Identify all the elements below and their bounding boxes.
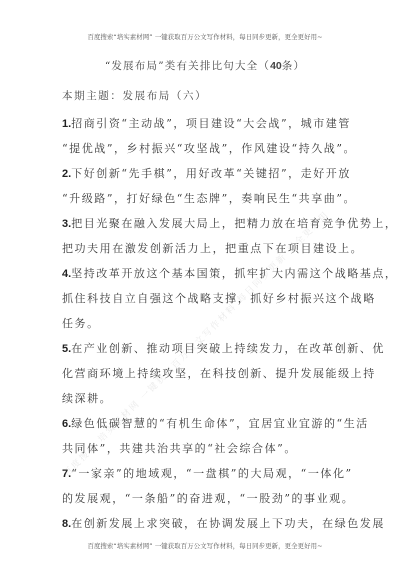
- issue-subtitle: 本期主题：发展布局（六）: [62, 88, 207, 103]
- text-line: 2.下好创新“先手棋”，用好改革“关键招”，走好开放: [62, 161, 362, 186]
- item-number: 3.: [62, 218, 71, 230]
- text-line: “升级路”，打好绿色“生态牌”，奏响民生“共享曲”。: [62, 186, 362, 211]
- line-text: 把功夫用在激发创新活力上，把重点下在项目建设上。: [62, 242, 363, 255]
- line-text: 共同体”，共建共治共享的“社会综合体”。: [62, 442, 297, 455]
- footer-note: 百度搜索“培实素材网” 一键获取百万公文写作材料，每日同步更新，更全更好用~: [0, 541, 410, 550]
- text-line: 3.把目光聚在融入发展大局上，把精力放在培育竞争优势上，: [62, 211, 362, 236]
- text-line: 续深耕。: [62, 386, 362, 411]
- text-line: 8.在创新发展上求突破，在协调发展上下功夫，在绿色发展: [62, 511, 362, 536]
- line-text: “一家亲”的地域观，“一盘棋”的大局观，“一体化”: [71, 467, 353, 480]
- line-text: 下好创新“先手棋”，用好改革“关键招”，走好开放: [71, 167, 351, 180]
- text-line: 6.绿色低碳智慧的“有机生命体”，宜居宜业宜游的“生活: [62, 411, 362, 436]
- item-number: 4.: [62, 268, 71, 280]
- text-line: 5.在产业创新、推动项目突破上持续发力，在改革创新、优: [62, 336, 362, 361]
- header-note: 百度搜索“培实素材网” 一键获取百万公文写作材料，每日同步更新，更全更好用~: [0, 32, 410, 41]
- item-number: 8.: [62, 518, 71, 530]
- line-text: 抓住科技自立自强这个战略支撑，抓好乡村振兴这个战略: [62, 292, 376, 305]
- item-number: 7.: [62, 468, 71, 480]
- line-text: 在创新发展上求突破，在协调发展上下功夫，在绿色发展: [71, 517, 385, 530]
- text-line: 的发展观，“一条船”的奋进观，“一股劲”的事业观。: [62, 486, 362, 511]
- line-text: 化营商环境上持续攻坚，在科技创新、提升发展能级上持: [62, 367, 376, 380]
- line-text: 的发展观，“一条船”的奋进观，“一股劲”的事业观。: [62, 492, 354, 505]
- text-line: 化营商环境上持续攻坚，在科技创新、提升发展能级上持: [62, 361, 362, 386]
- line-text: “提优战”，乡村振兴“攻坚战”，作风建设“持久战”。: [62, 142, 356, 155]
- item-number: 6.: [62, 418, 71, 430]
- text-line: 1.招商引资“主动战”，项目建设“大会战”，城市建管: [62, 111, 362, 136]
- title-count: 40: [270, 60, 282, 72]
- document-title: “发展布局”类有关排比句大全（40条）: [0, 58, 410, 73]
- item-number: 2.: [62, 168, 71, 180]
- title-prefix: “发展布局”类有关排比句大全（: [105, 60, 270, 72]
- line-text: 在产业创新、推动项目突破上持续发力，在改革创新、优: [71, 342, 385, 355]
- text-line: 任务。: [62, 311, 362, 336]
- text-line: “提优战”，乡村振兴“攻坚战”，作风建设“持久战”。: [62, 136, 362, 161]
- text-line: 抓住科技自立自强这个战略支撑，抓好乡村振兴这个战略: [62, 286, 362, 311]
- text-line: 共同体”，共建共治共享的“社会综合体”。: [62, 436, 362, 461]
- line-text: 坚持改革开放这个基本国策，抓牢扩大内需这个战略基点，: [71, 267, 397, 280]
- line-text: 续深耕。: [62, 392, 112, 405]
- line-text: 绿色低碳智慧的“有机生命体”，宜居宜业宜游的“生活: [71, 417, 369, 430]
- document-page: 百度搜索“培实素材网” 一键获取百万公文写作材料，每日同步更新，更全更好用~ “…: [0, 0, 410, 580]
- document-body: 1.招商引资“主动战”，项目建设“大会战”，城市建管 “提优战”，乡村振兴“攻坚…: [62, 111, 362, 536]
- text-line: 把功夫用在激发创新活力上，把重点下在项目建设上。: [62, 236, 362, 261]
- line-text: 任务。: [62, 317, 100, 330]
- title-suffix: 条）: [282, 60, 305, 72]
- item-number: 1.: [62, 118, 71, 130]
- line-text: 招商引资“主动战”，项目建设“大会战”，城市建管: [71, 117, 351, 130]
- line-text: 把目光聚在融入发展大局上，把精力放在培育竞争优势上，: [71, 217, 397, 230]
- text-line: 4.坚持改革开放这个基本国策，抓牢扩大内需这个战略基点，: [62, 261, 362, 286]
- line-text: “升级路”，打好绿色“生态牌”，奏响民生“共享曲”。: [62, 192, 356, 205]
- text-line: 7.“一家亲”的地域观，“一盘棋”的大局观，“一体化”: [62, 461, 362, 486]
- item-number: 5.: [62, 343, 71, 355]
